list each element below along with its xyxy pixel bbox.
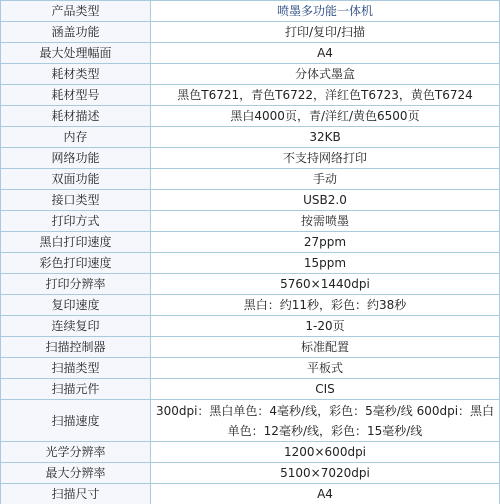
row-value-print-method: 按需喷墨 <box>151 211 500 232</box>
table-row: 内存 32KB <box>1 127 500 148</box>
row-value-color-speed: 15ppm <box>151 253 500 274</box>
row-value-consumable-desc: 黑白4000页，青/洋红/黄色6500页 <box>151 106 500 127</box>
table-row: 涵盖功能 打印/复印/扫描 <box>1 22 500 43</box>
row-value-optical-resolution: 1200×600dpi <box>151 442 500 463</box>
row-value-interface: USB2.0 <box>151 190 500 211</box>
table-row: 连续复印 1-20页 <box>1 316 500 337</box>
table-row: 网络功能 不支持网络打印 <box>1 148 500 169</box>
table-row: 彩色打印速度 15ppm <box>1 253 500 274</box>
table-row: 打印分辨率 5760×1440dpi <box>1 274 500 295</box>
row-value-network: 不支持网络打印 <box>151 148 500 169</box>
table-row: 黑白打印速度 27ppm <box>1 232 500 253</box>
row-value-scan-element: CIS <box>151 379 500 400</box>
row-value-scan-size: A4 <box>151 484 500 504</box>
row-label-functions: 涵盖功能 <box>1 22 151 43</box>
row-label-consumable-model: 耗材型号 <box>1 85 151 106</box>
row-label-interface: 接口类型 <box>1 190 151 211</box>
row-value-scan-controller: 标准配置 <box>151 337 500 358</box>
spec-table: 产品类型 喷墨多功能一体机 涵盖功能 打印/复印/扫描 最大处理幅面 A4 耗材… <box>0 0 500 504</box>
row-label-memory: 内存 <box>1 127 151 148</box>
row-label-color-speed: 彩色打印速度 <box>1 253 151 274</box>
table-row: 光学分辨率 1200×600dpi <box>1 442 500 463</box>
row-value-mono-speed: 27ppm <box>151 232 500 253</box>
table-row: 耗材类型 分体式墨盒 <box>1 64 500 85</box>
row-label-network: 网络功能 <box>1 148 151 169</box>
table-row: 产品类型 喷墨多功能一体机 <box>1 1 500 22</box>
row-value-continuous-copy: 1-20页 <box>151 316 500 337</box>
row-label-duplex: 双面功能 <box>1 169 151 190</box>
row-value-print-resolution: 5760×1440dpi <box>151 274 500 295</box>
row-label-mono-speed: 黑白打印速度 <box>1 232 151 253</box>
table-row: 复印速度 黑白：约11秒，彩色：约38秒 <box>1 295 500 316</box>
row-label-print-resolution: 打印分辨率 <box>1 274 151 295</box>
table-row: 打印方式 按需喷墨 <box>1 211 500 232</box>
row-label-scan-size: 扫描尺寸 <box>1 484 151 504</box>
table-row: 扫描尺寸 A4 <box>1 484 500 504</box>
row-value-duplex: 手动 <box>151 169 500 190</box>
table-row: 最大分辨率 5100×7020dpi <box>1 463 500 484</box>
table-row: 最大处理幅面 A4 <box>1 43 500 64</box>
row-label-copy-speed: 复印速度 <box>1 295 151 316</box>
row-value-copy-speed: 黑白：约11秒，彩色：约38秒 <box>151 295 500 316</box>
row-label-scan-element: 扫描元件 <box>1 379 151 400</box>
table-row: 扫描类型 平板式 <box>1 358 500 379</box>
row-value-consumable-type: 分体式墨盒 <box>151 64 500 85</box>
row-value-memory: 32KB <box>151 127 500 148</box>
row-label-scan-controller: 扫描控制器 <box>1 337 151 358</box>
table-row: 接口类型 USB2.0 <box>1 190 500 211</box>
table-row: 耗材型号 黑色T6721，青色T6722，洋红色T6723，黄色T6724 <box>1 85 500 106</box>
row-label-optical-resolution: 光学分辨率 <box>1 442 151 463</box>
row-value-max-format: A4 <box>151 43 500 64</box>
row-label-continuous-copy: 连续复印 <box>1 316 151 337</box>
table-row: 双面功能 手动 <box>1 169 500 190</box>
row-label-product-type: 产品类型 <box>1 1 151 22</box>
table-row: 扫描速度 300dpi：黑白单色：4毫秒/线，彩色：5毫秒/线 600dpi：黑… <box>1 400 500 442</box>
row-label-scan-type: 扫描类型 <box>1 358 151 379</box>
table-row: 扫描元件 CIS <box>1 379 500 400</box>
row-label-print-method: 打印方式 <box>1 211 151 232</box>
row-label-max-resolution: 最大分辨率 <box>1 463 151 484</box>
row-label-consumable-desc: 耗材描述 <box>1 106 151 127</box>
table-row: 耗材描述 黑白4000页，青/洋红/黄色6500页 <box>1 106 500 127</box>
table-row: 扫描控制器 标准配置 <box>1 337 500 358</box>
row-value-consumable-model: 黑色T6721，青色T6722，洋红色T6723，黄色T6724 <box>151 85 500 106</box>
row-value-functions: 打印/复印/扫描 <box>151 22 500 43</box>
row-label-max-format: 最大处理幅面 <box>1 43 151 64</box>
row-label-scan-speed: 扫描速度 <box>1 400 151 442</box>
row-value-scan-type: 平板式 <box>151 358 500 379</box>
row-label-consumable-type: 耗材类型 <box>1 64 151 85</box>
row-value-product-type: 喷墨多功能一体机 <box>151 1 500 22</box>
row-value-max-resolution: 5100×7020dpi <box>151 463 500 484</box>
row-value-scan-speed: 300dpi：黑白单色：4毫秒/线，彩色：5毫秒/线 600dpi：黑白单色：1… <box>151 400 500 442</box>
